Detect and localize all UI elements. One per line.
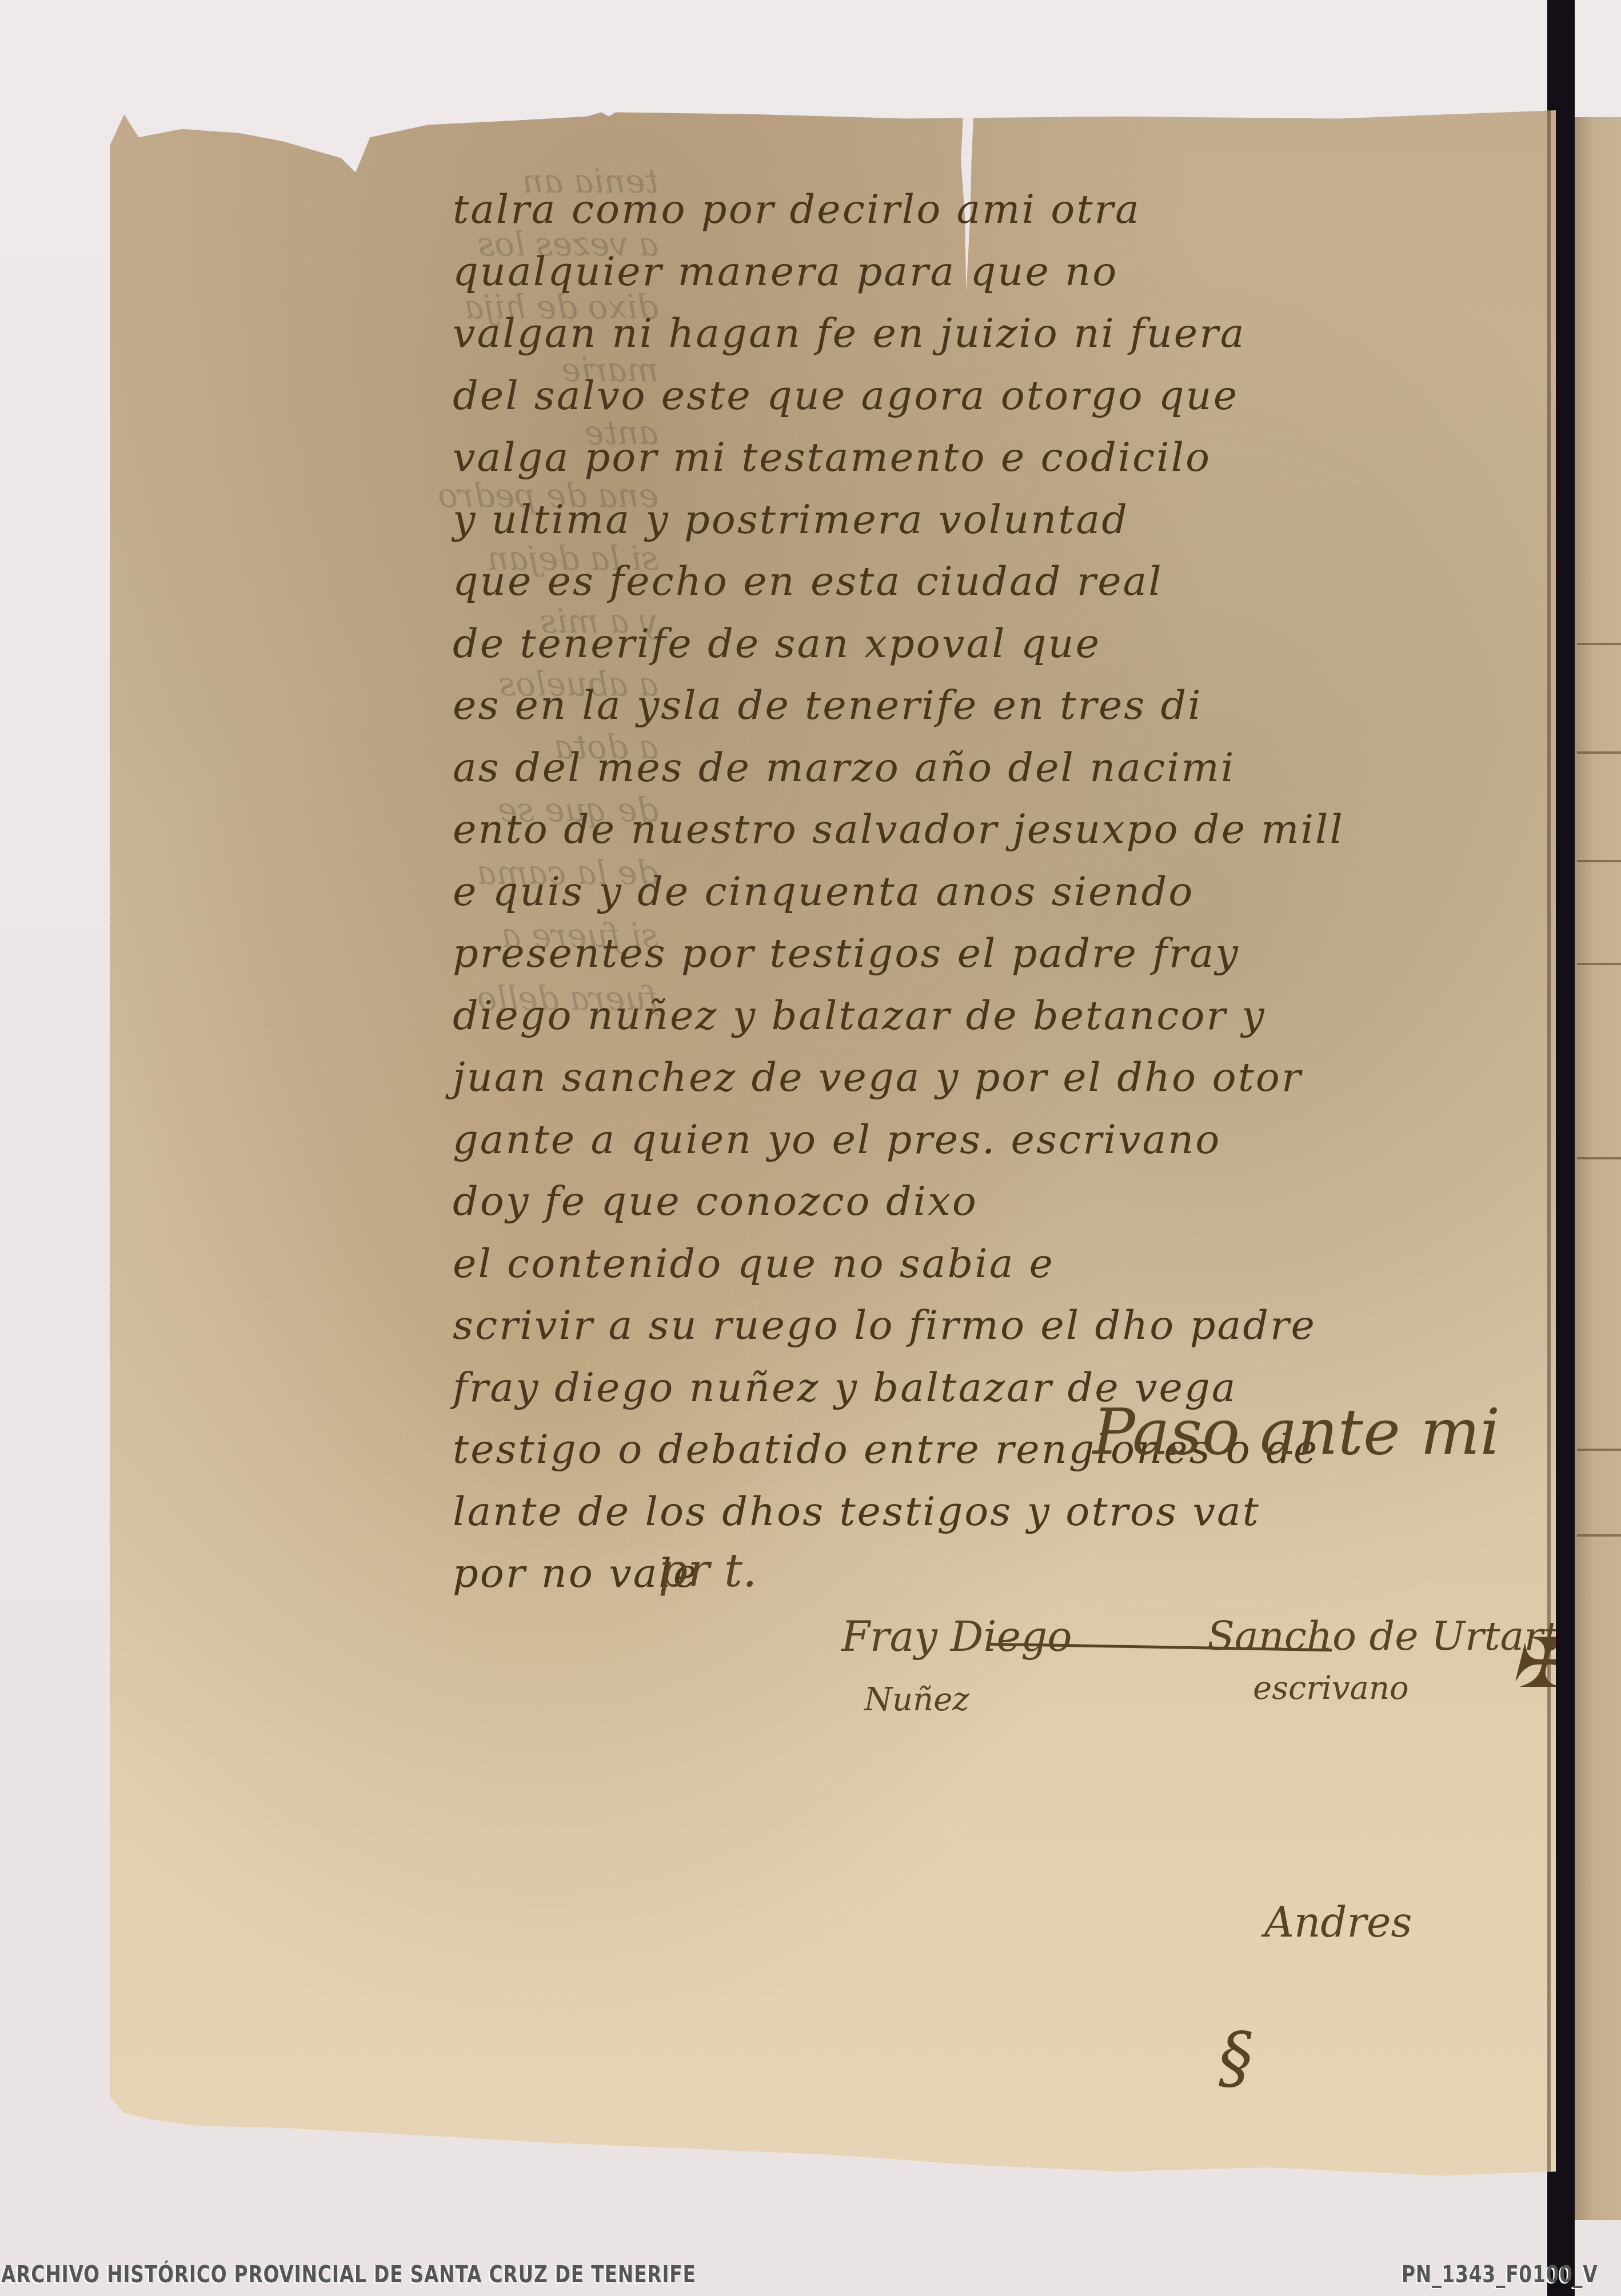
manuscript-line: qualquier manera para que no [453,241,1539,303]
notary-attestation: Paso ante mi [1093,1395,1500,1469]
manuscript-line: talra como por decirlo ami otra [453,178,1539,241]
notary-title: escrivano [1253,1670,1409,1707]
rubric-mark-icon: § [1219,2018,1253,2098]
ruled-line [1577,751,1621,754]
manuscript-line: diego nuñez y baltazar de betancor y [453,985,1539,1047]
manuscript-line: es en la ysla de tenerife en tres di [453,674,1539,737]
manuscript-line: de tenerife de san xpoval que [453,613,1539,675]
manuscript-line: juan sanchez de vega y por el dho otor [453,1046,1539,1109]
ruled-line [1577,1534,1621,1537]
ruled-line [1577,643,1621,645]
signature-fray-diego: Fray Diego [841,1613,1072,1661]
manuscript-line: valgan ni hagan fe en juizio ni fuera [453,302,1539,365]
ruled-line [1577,963,1621,965]
reference-code-watermark: PN_1343_F0100_V [1402,2262,1598,2288]
manuscript-line: ento de nuestro salvador jesuxpo de mill [453,798,1539,861]
manuscript-line: e quis y de cinquenta anos siendo [453,861,1539,923]
adjacent-folio-edge [1571,117,1621,2220]
signature-fray-surname: Nuñez [864,1681,969,1718]
manuscript-line: gante a quien yo el pres. escrivano [453,1109,1539,1171]
ruled-line [1577,860,1621,862]
manuscript-line: del salvo este que agora otorgo que [453,365,1539,427]
manuscript-line: presentes por testigos el padre fray [453,922,1539,985]
ruled-line [1577,1449,1621,1451]
manuscript-line: y ultima y postrimera voluntad [453,489,1539,551]
signature-block: Paso ante mi pr t. Fray Diego Nuñez Sanc… [350,1373,1550,1887]
archive-name-watermark: ARCHIVO HISTÓRICO PROVINCIAL DE SANTA CR… [1,2262,696,2288]
manuscript-line: scrivir a su ruego lo firmo el dho padre [453,1294,1539,1357]
manuscript-line: doy fe que conozco dixo [453,1170,1539,1233]
ruled-line [1577,1157,1621,1159]
manuscript-line: que es fecho en esta ciudad real [453,550,1539,613]
manuscript-line: as del mes de marzo año del nacimi [453,737,1539,799]
marginal-signature: Andres [1264,1898,1412,1946]
manuscript-line: el contenido que no sabia e [453,1233,1539,1295]
manuscript-line: valga por mi testamento e codicilo [453,426,1539,489]
witness-mark: pr t. [658,1544,757,1597]
manuscript-page: tenia an a vezes los dixo de hija marie … [110,104,1556,2184]
